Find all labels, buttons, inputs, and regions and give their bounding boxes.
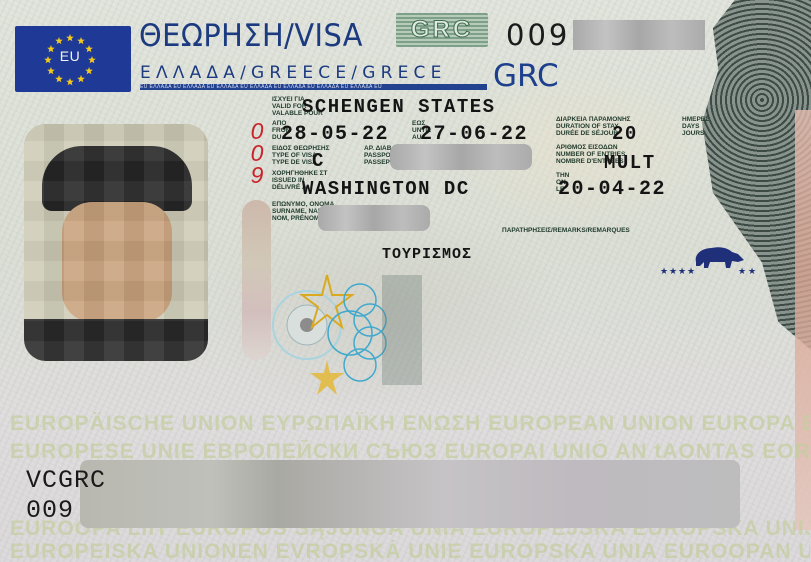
value-issue-date: 20-04-22 — [558, 178, 666, 201]
value-valid-for: SCHENGEN STATES — [302, 96, 496, 118]
svg-text:★: ★ — [738, 267, 746, 276]
svg-text:★: ★ — [687, 267, 695, 276]
mrz-redaction — [80, 460, 740, 528]
visa-title: ΘΕΩΡΗΣΗ/VISA — [139, 18, 363, 54]
svg-text:★: ★ — [660, 267, 668, 276]
label-remarks: ΠΑΡΑΤΗΡΗΣΕΙΣ/REMARKS/REMARQUES — [502, 227, 630, 234]
value-type-of-visa: C — [312, 150, 325, 172]
background-text-line-4: EUROPEISKA UNIONEN EVROPSKÁ UNIE EURÓPSK… — [10, 540, 810, 562]
eu-flag-label: EU — [55, 48, 85, 64]
value-remarks: ΤΟΥΡΙΣΜΟΣ — [382, 246, 472, 263]
holder-photo-pixelated — [24, 124, 208, 361]
ghost-photo-redacted — [242, 200, 271, 360]
vertical-red-number: 0 0 9 — [247, 120, 267, 186]
country-line: ΕΛΛΑΔΑ/GREECE/GRECE — [140, 63, 447, 83]
svg-text:★: ★ — [669, 267, 677, 276]
value-duration-of-stay: 20 — [612, 123, 638, 145]
bull-emblem-icon: ★★★★ ★★ — [658, 240, 762, 276]
value-issued-in: WASHINGTON DC — [302, 178, 470, 200]
mrz-line-2: 009 — [26, 496, 74, 525]
passport-number-redaction — [390, 144, 532, 170]
country-code: GRC — [493, 58, 559, 94]
micro-print-band: EU ΕΛΛΑΔΑ EU ΕΛΛΑΔΑ EU ΕΛΛΑΔΑ EU ΕΛΛΑΔΑ … — [140, 84, 487, 90]
value-until: 27-06-22 — [420, 123, 528, 146]
value-from: 28-05-22 — [281, 123, 389, 146]
eu-flag: EU — [15, 26, 131, 92]
label-days: ΗΜΕΡΕΣ DAYS JOURS — [682, 116, 709, 137]
svg-text:★: ★ — [678, 267, 686, 276]
svg-text:★: ★ — [748, 267, 756, 276]
value-number-of-entries: MULT — [604, 152, 656, 174]
background-text-line-1: EUROPÄISCHE UNION ΕΥΡΩΠΑΪΚΗ ΕΝΩΣΗ EUROPE… — [10, 412, 810, 436]
mrz-line-1: VCGRC — [26, 466, 106, 495]
serial-number: 009 — [506, 18, 570, 52]
name-redaction — [318, 205, 430, 231]
security-seal-icon — [272, 265, 422, 400]
serial-redaction — [573, 20, 705, 50]
hologram-country-code: GRC — [396, 13, 488, 47]
page-edge — [795, 110, 811, 530]
